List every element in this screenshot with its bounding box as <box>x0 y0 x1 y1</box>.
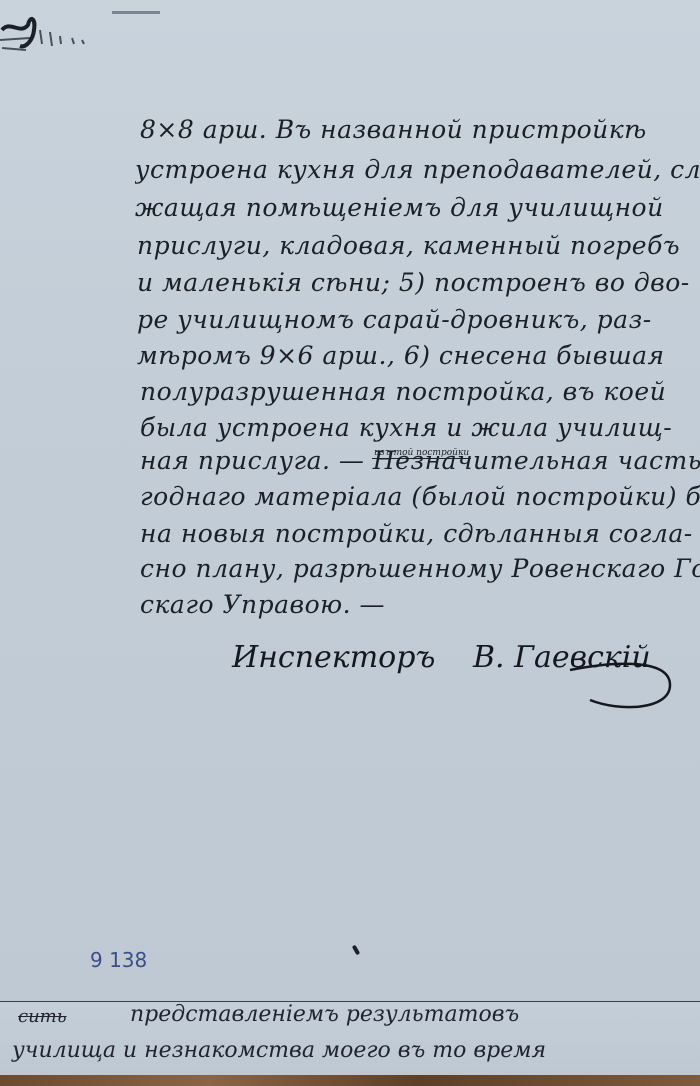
ink-stamp-mark <box>0 10 100 70</box>
text-line-14: скаго Управою. — <box>140 590 700 619</box>
next-page-line-2: училища и незнакомства моего въ то время <box>12 1038 546 1063</box>
text-line-6: ре училищномъ сарай-дровникъ, раз- <box>137 305 700 334</box>
text-line-4: прислуги, кладовая, каменный погребъ <box>137 231 700 260</box>
text-line-7: мѣромъ 9×6 арш., 6) снесена бывшая <box>137 341 700 370</box>
text-line-2: устроена кухня для преподавателей, слу- <box>135 155 700 184</box>
text-line-5: и маленькія сѣни; 5) построенъ во дво- <box>137 268 700 297</box>
archive-folio-number: 9 138 <box>90 948 147 972</box>
ink-smudge <box>112 11 160 14</box>
next-page-edge: сить представленіемъ результатовъ училищ… <box>0 1001 700 1076</box>
text-line-12: на новыя постройки, сдѣланныя согла- <box>140 519 700 548</box>
text-line-8: полуразрушенная постройка, въ коей <box>140 377 700 406</box>
ink-dot <box>352 945 360 956</box>
struck-word: сить <box>18 1006 67 1027</box>
document-page: 8×8 арш. Въ названной пристройкѣ устроен… <box>0 0 700 1001</box>
signature-flourish <box>560 640 680 720</box>
text-line-9: была устроена кухня и жила училищ- <box>140 413 700 442</box>
text-line-3: жащая помѣщеніемъ для училищной <box>135 193 700 222</box>
interlinear-insert: изъ той постройки <box>372 448 471 459</box>
text-line-1: 8×8 арш. Въ названной пристройкѣ <box>140 115 700 144</box>
next-page-line-1: представленіемъ результатовъ <box>130 1002 519 1027</box>
text-line-13: сно плану, разрѣшенному Ровенскаго Гор- <box>140 554 700 583</box>
signature-title: Инспекторъ <box>232 640 435 675</box>
text-line-11: годнаго матеріала (былой постройки) была… <box>140 482 700 511</box>
wooden-table-surface <box>0 1075 700 1086</box>
